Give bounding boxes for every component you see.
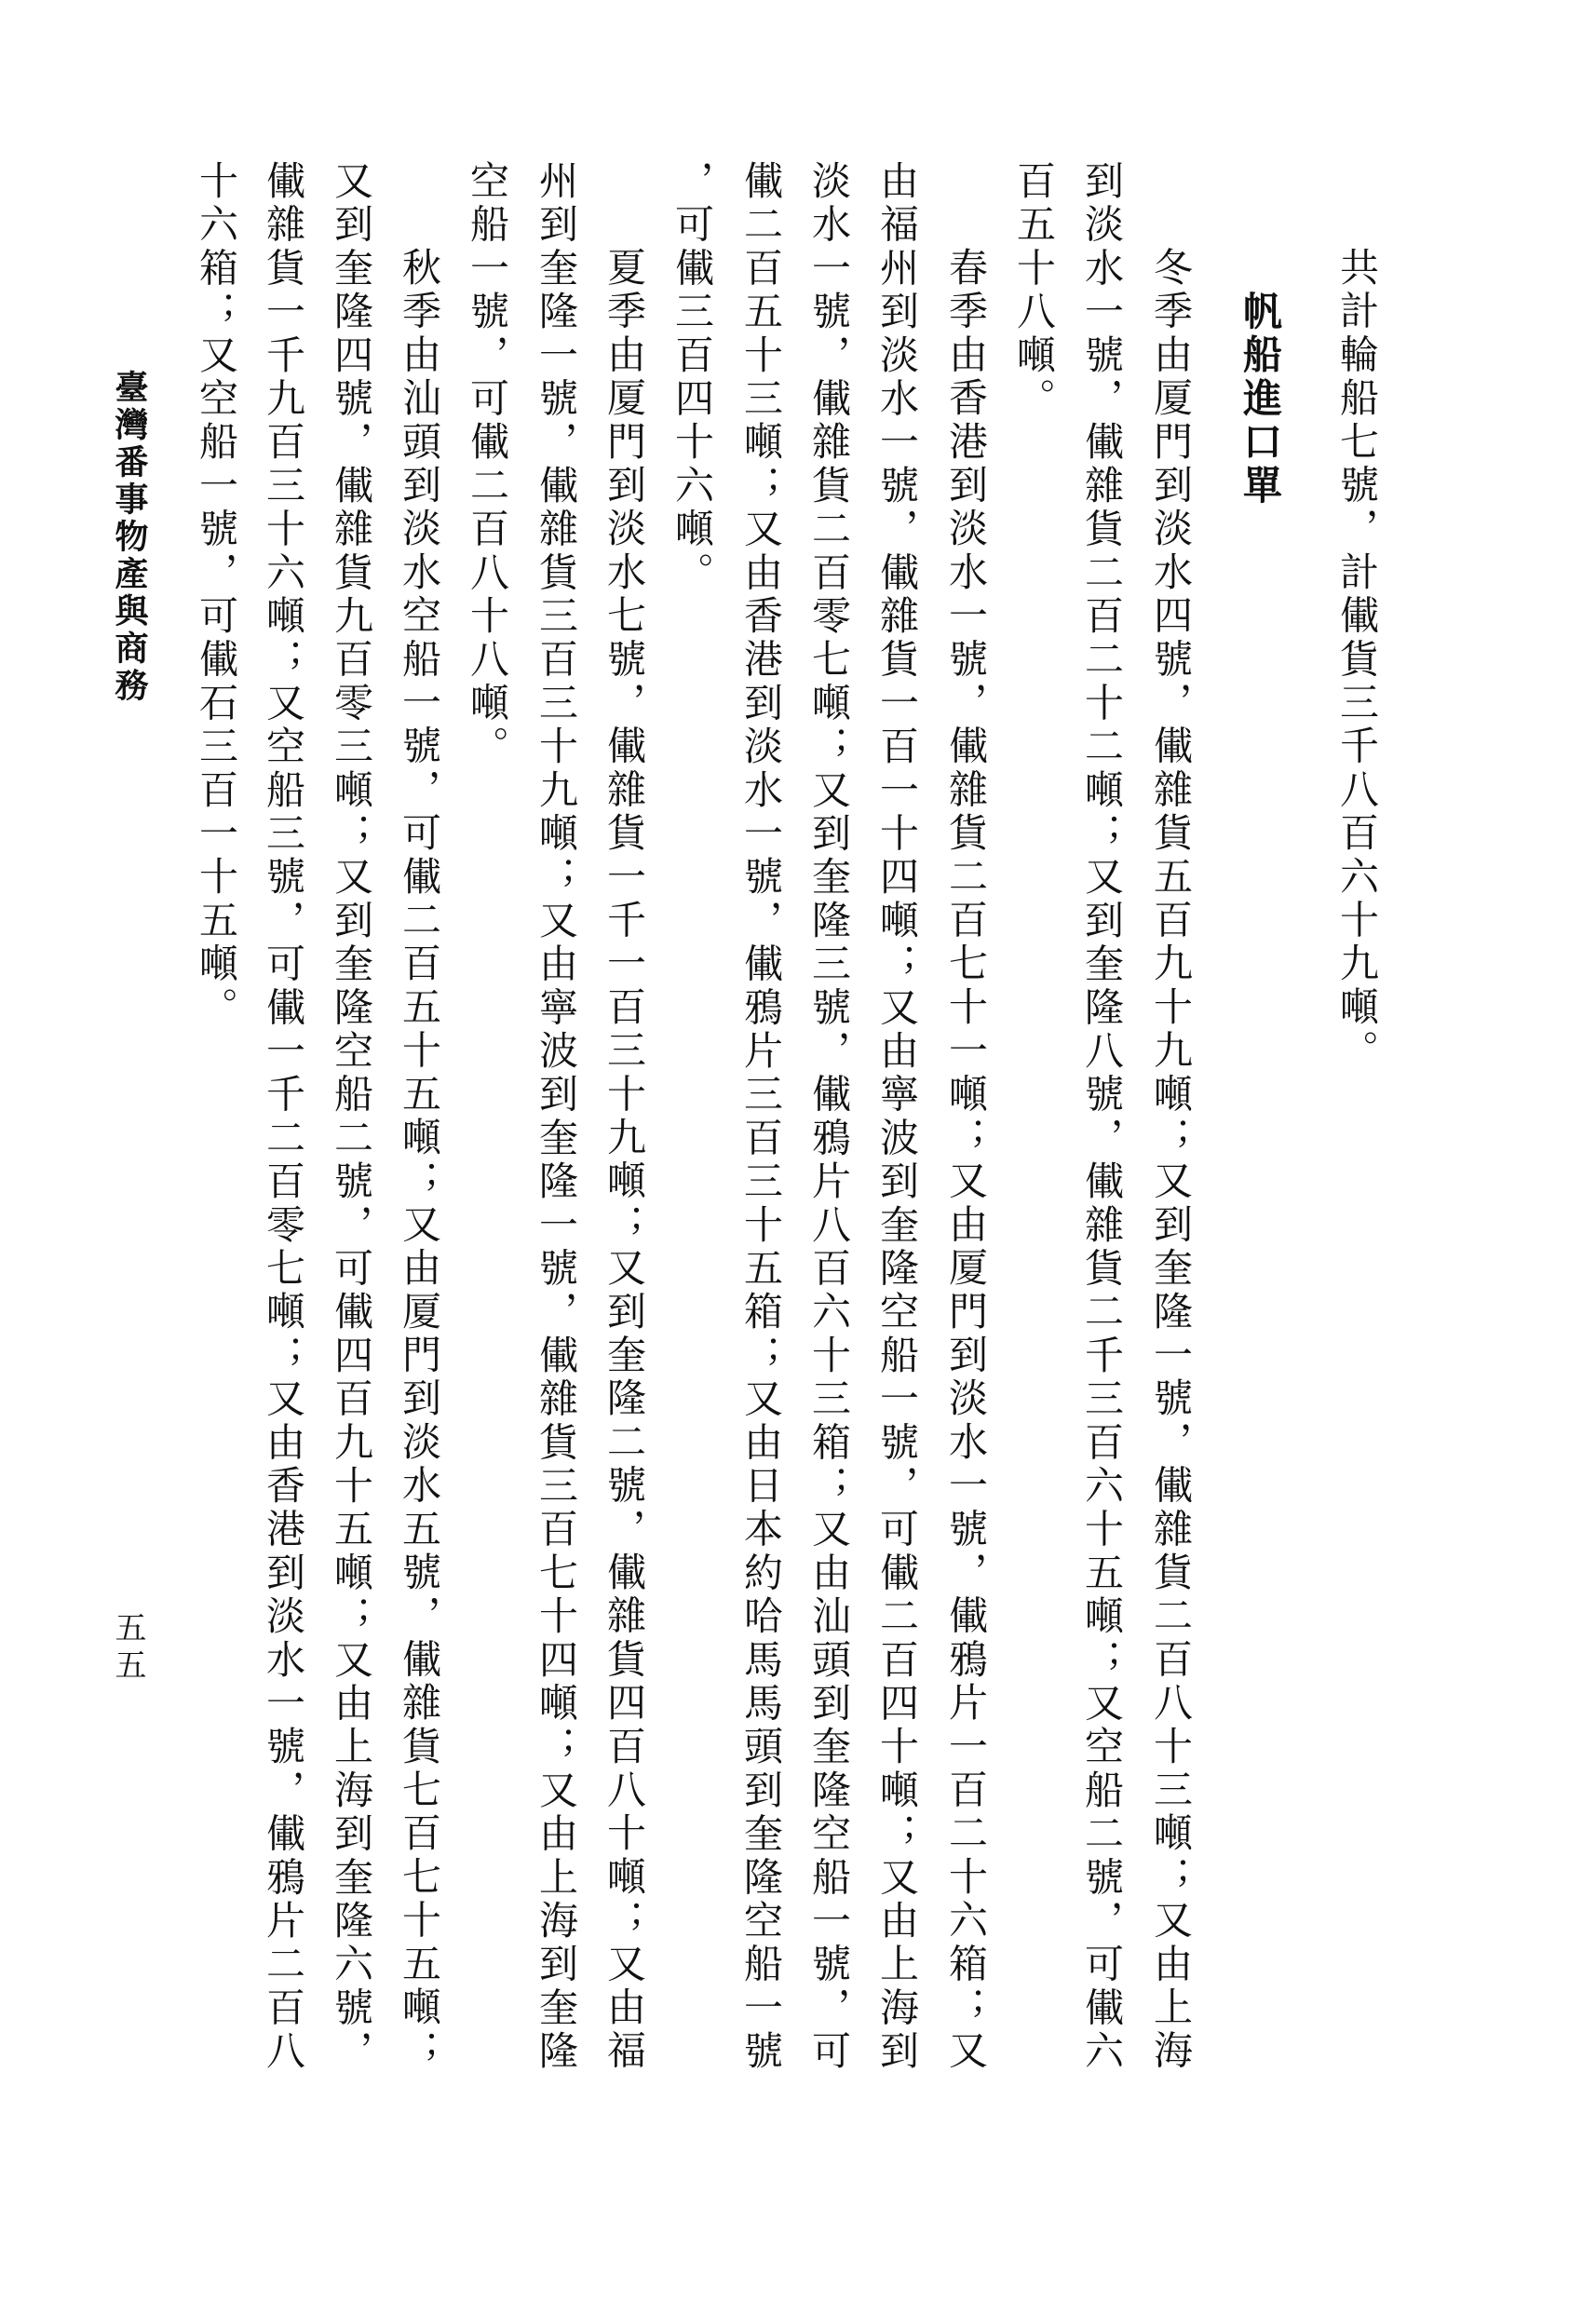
book-page: 共計輪船七號，計儎貨三千八百六十九噸。 帆船進口單 冬季由厦門到淡水四號，儎雜貨… — [0, 0, 1596, 2303]
text-column: 到淡水一號，儎雜貨二百二十二噸；又到奎隆八號，儎雜貨二千三百六十五噸；又空船二號… — [1082, 160, 1121, 2074]
text-column: 十六箱；又空船一號，可儎石三百一十五噸。 — [196, 160, 236, 1030]
text-column: 淡水一號，儎雜貨二百零七噸；又到奎隆三號，儎鴉片八百六十三箱；又由汕頭到奎隆空船… — [809, 160, 848, 2074]
text-column: 又到奎隆四號，儎雜貨九百零三噸；又到奎隆空船二號，可儎四百九十五噸；又由上海到奎… — [331, 160, 371, 2074]
summary-line: 共計輪船七號，計儎貨三千八百六十九噸。 — [1337, 247, 1376, 1073]
running-title: 臺灣番事物產與商務 — [112, 370, 145, 705]
text-column: 秋季由汕頭到淡水空船一號，可儎二百五十五噸；又由厦門到淡水五號，儎雜貨七百七十五… — [399, 247, 439, 2073]
text-column: ，可儎三百四十六噸。 — [672, 160, 711, 595]
text-column: 儎二百五十三噸；又由香港到淡水一號，儎鴉片三百三十五箱；又由日本約哈馬馬頭到奎隆… — [741, 160, 780, 2074]
text-column: 儎雜貨一千九百三十六噸；又空船三號，可儎一千二百零七噸；又由香港到淡水一號，儎鴉… — [264, 160, 303, 2074]
section-heading: 帆船進口單 — [1240, 291, 1279, 508]
text-column: 春季由香港到淡水一號，儎雜貨二百七十一噸；又由厦門到淡水一號，儎鴉片一百二十六箱… — [946, 247, 985, 2073]
page-number: 五五 — [112, 1611, 143, 1686]
text-column: 夏季由厦門到淡水七號，儎雜貨一千一百三十九噸；又到奎隆二號，儎雜貨四百八十噸；又… — [604, 247, 643, 2073]
text-column: 百五十八噸。 — [1014, 160, 1053, 421]
text-column: 冬季由厦門到淡水四號，儎雜貨五百九十九噸；又到奎隆一號，儎雜貨二百八十三噸；又由… — [1151, 247, 1190, 2073]
text-column: 州到奎隆一號，儎雜貨三百三十九噸；又由寧波到奎隆一號，儎雜貨三百七十四噸；又由上… — [536, 160, 575, 2074]
text-column: 空船一號，可儎二百八十八噸。 — [467, 160, 507, 769]
text-column: 由福州到淡水一號，儎雜貨一百一十四噸；又由寧波到奎隆空船一號，可儎二百四十噸；又… — [877, 160, 916, 2074]
